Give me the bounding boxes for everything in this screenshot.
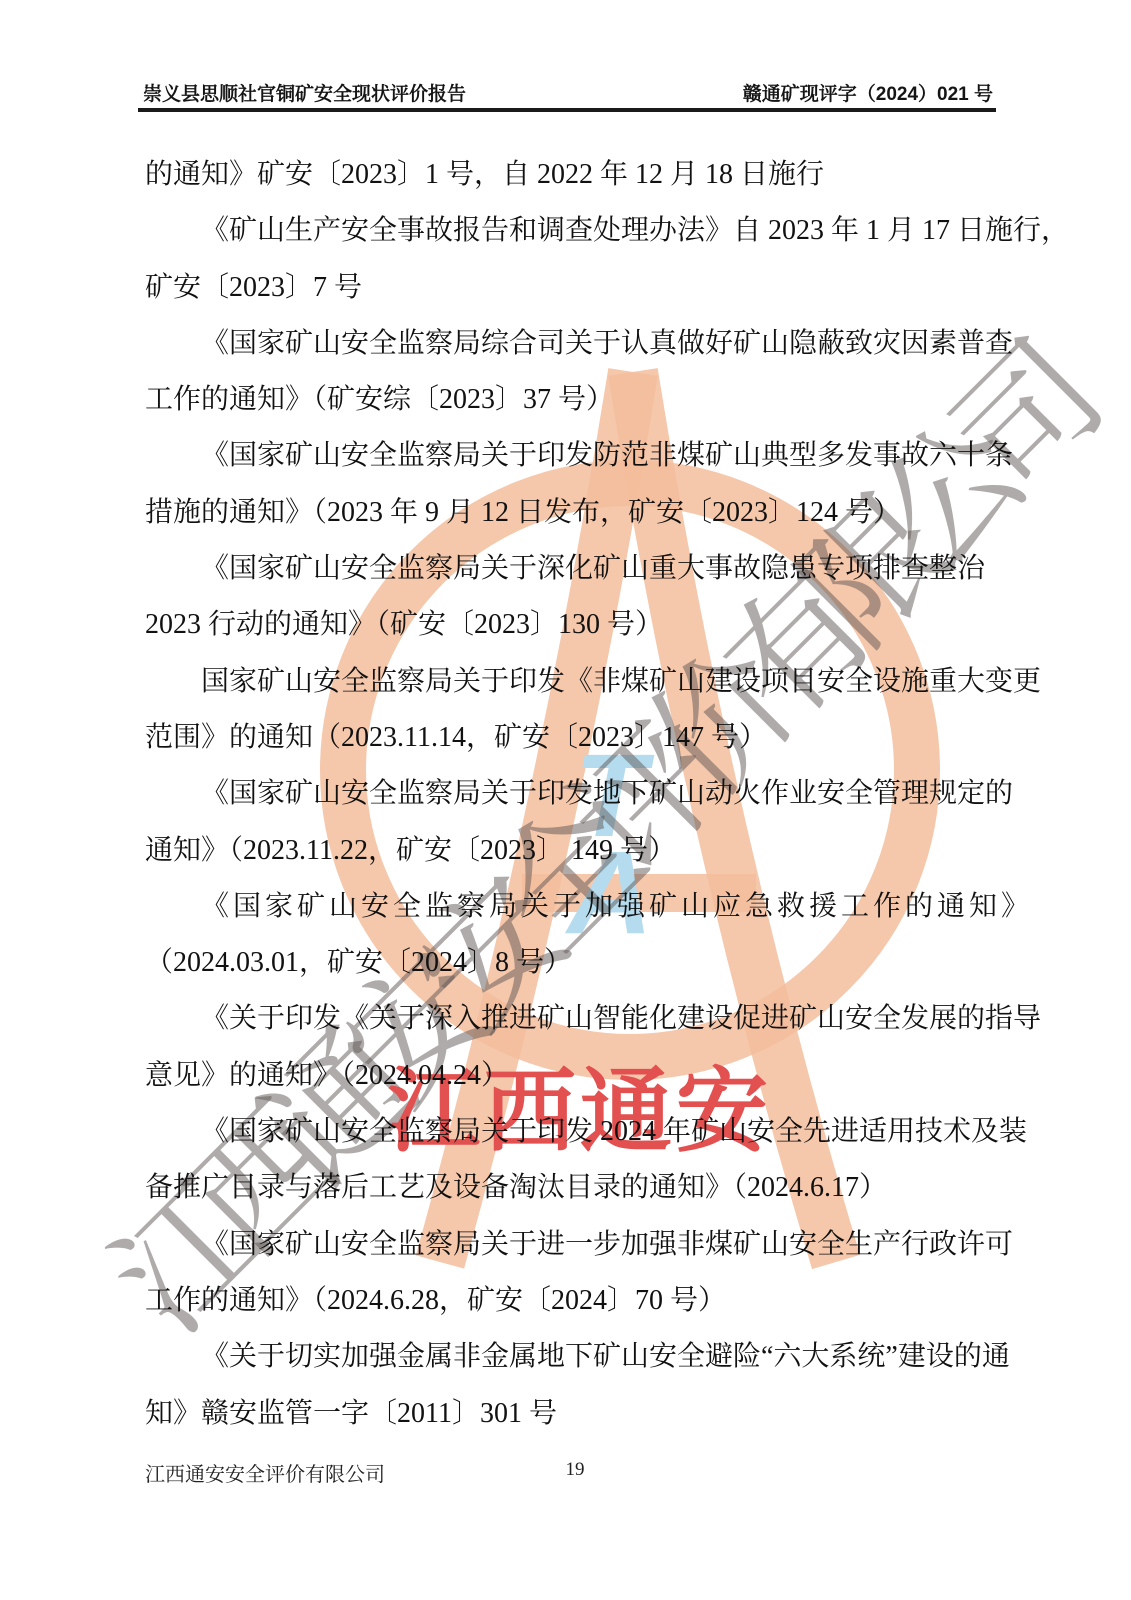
document-page: T A 江西通安安全评价有限公司 江西通安 崇义县思顺社官铜矿安全现状评价报告 … [0, 0, 1131, 1600]
body-line: 《国家矿山安全监察局关于深化矿山重大事故隐患专项排查整治 [145, 541, 993, 597]
body-line: 《国家矿山安全监察局关于进一步加强非煤矿山安全生产行政许可 [145, 1217, 993, 1273]
body-line: 国家矿山安全监察局关于印发《非煤矿山建设项目安全设施重大变更 [145, 654, 993, 710]
body-line: 《国家矿山安全监察局关于印发地下矿山动火作业安全管理规定的 [145, 766, 993, 822]
body-line: 2023 行动的通知》（矿安〔2023〕130 号） [145, 597, 993, 653]
footer-page-number: 19 [538, 1459, 612, 1481]
header-divider [138, 108, 996, 112]
header-left-title: 崇义县思顺社官铜矿安全现状评价报告 [143, 79, 466, 106]
body-line: 通知》（2023.11.22，矿安〔2023〕 149 号） [145, 823, 993, 879]
page-header: 崇义县思顺社官铜矿安全现状评价报告 赣通矿现评字（2024）021 号 [143, 80, 993, 106]
body-line: 知》赣安监管一字〔2011〕301 号 [145, 1386, 993, 1442]
body-line: 《国家矿山安全监察局关于印发防范非煤矿山典型多发事故六十条 [145, 428, 993, 484]
body-line: 《国家矿山安全监察局综合司关于认真做好矿山隐蔽致灾因素普查 [145, 316, 993, 372]
page-footer: 江西通安安全评价有限公司 19 [0, 1458, 1131, 1486]
body-line: 《国家矿山安全监察局关于加强矿山应急救援工作的通知》 [145, 879, 993, 935]
footer-company-name: 江西通安安全评价有限公司 [145, 1458, 385, 1487]
body-line: 矿安〔2023〕7 号 [145, 260, 993, 316]
body-line: （2024.03.01，矿安〔2024〕8 号） [145, 935, 993, 991]
body-line: 工作的通知》（矿安综〔2023〕37 号） [145, 372, 993, 428]
body-line: 《关于印发《关于深入推进矿山智能化建设促进矿山安全发展的指导 [145, 991, 993, 1047]
body-line: 范围》的通知（2023.11.14，矿安〔2023〕147 号） [145, 710, 993, 766]
body-line: 意见》的通知》（2024.04.24） [145, 1048, 993, 1104]
body-line: 《国家矿山安全监察局关于印发 2024 年矿山安全先进适用技术及装 [145, 1104, 993, 1160]
body-text: 的通知》矿安〔2023〕1 号，自 2022 年 12 月 18 日施行《矿山生… [145, 147, 993, 1442]
body-line: 《矿山生产安全事故报告和调查处理办法》自 2023 年 1 月 17 日施行， [145, 203, 993, 259]
body-line: 备推广目录与落后工艺及设备淘汰目录的通知》（2024.6.17） [145, 1160, 993, 1216]
body-line: 工作的通知》（2024.6.28，矿安〔2024〕70 号） [145, 1273, 993, 1329]
body-line: 的通知》矿安〔2023〕1 号，自 2022 年 12 月 18 日施行 [145, 147, 993, 203]
header-right-doc-number: 赣通矿现评字（2024）021 号 [743, 79, 993, 106]
body-line: 措施的通知》（2023 年 9 月 12 日发布，矿安〔2023〕124 号） [145, 485, 993, 541]
body-line: 《关于切实加强金属非金属地下矿山安全避险“六大系统”建设的通 [145, 1329, 993, 1385]
